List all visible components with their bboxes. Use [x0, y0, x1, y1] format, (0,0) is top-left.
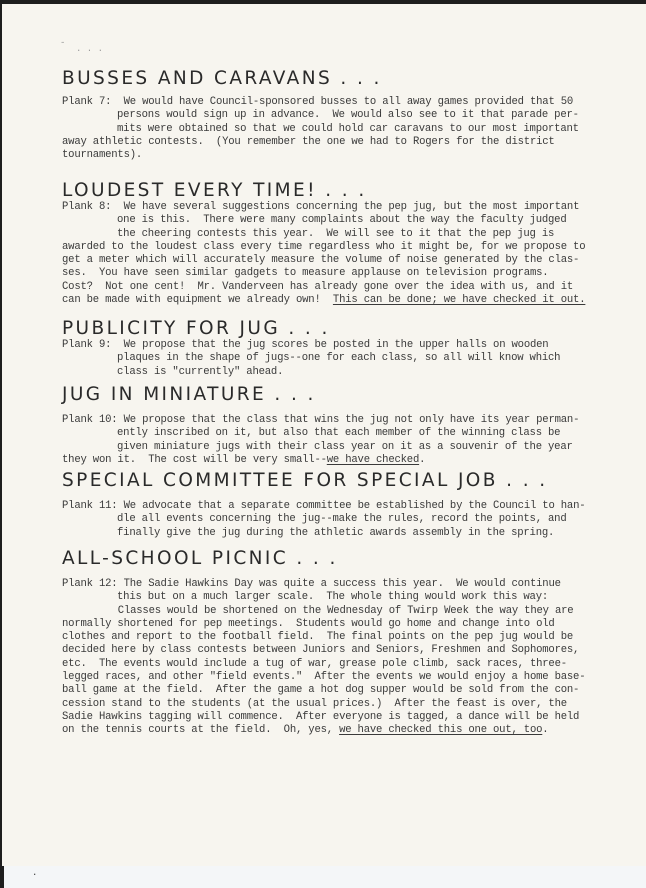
- plank-9-text: Plank 9: We propose that the jug scores …: [62, 339, 622, 379]
- document-page: - · · · BUSSES AND CARAVANS . . . Plank …: [2, 4, 646, 866]
- plank-label: Plank 11:: [62, 500, 117, 512]
- section-busses-and-caravans: BUSSES AND CARAVANS . . . Plank 7: We wo…: [62, 68, 622, 162]
- scanner-bed-background: ·: [4, 866, 646, 888]
- section-heading: BUSSES AND CARAVANS . . .: [62, 68, 622, 90]
- section-special-committee: SPECIAL COMMITTEE FOR SPECIAL JOB . . . …: [62, 470, 622, 540]
- plank-label: Plank 8:: [62, 201, 111, 213]
- section-loudest-every-time: LOUDEST EVERY TIME! . . . Plank 8: We ha…: [62, 180, 622, 307]
- plank-10-text: Plank 10: We propose that the class that…: [62, 414, 622, 467]
- plank-11-text: Plank 11: We advocate that a separate co…: [62, 500, 622, 540]
- underlined-emphasis: This can be done; we have checked it out…: [333, 294, 585, 306]
- plank-label: Plank 10:: [62, 414, 117, 426]
- plank-label: Plank 7:: [62, 96, 111, 108]
- section-heading: PUBLICITY FOR JUG . . .: [62, 318, 622, 340]
- plank-7-text: Plank 7: We would have Council-sponsored…: [62, 96, 622, 162]
- section-all-school-picnic: ALL-SCHOOL PICNIC . . . Plank 12: The Sa…: [62, 548, 622, 738]
- section-heading: SPECIAL COMMITTEE FOR SPECIAL JOB . . .: [62, 470, 622, 492]
- section-jug-in-miniature: JUG IN MINIATURE . . . Plank 10: We prop…: [62, 384, 622, 467]
- section-heading: JUG IN MINIATURE . . .: [62, 384, 622, 406]
- plank-8-text: Plank 8: We have several suggestions con…: [62, 201, 622, 307]
- plank-12-text: Plank 12: The Sadie Hawkins Day was quit…: [62, 578, 622, 738]
- underlined-emphasis: we have checked this one out, too: [339, 724, 542, 736]
- underlined-emphasis: we have checked: [327, 454, 419, 466]
- paper-speck: · · ·: [76, 46, 103, 56]
- paper-speck: -: [60, 38, 65, 48]
- section-publicity-for-jug: PUBLICITY FOR JUG . . . Plank 9: We prop…: [62, 318, 622, 379]
- plank-label: Plank 12:: [62, 578, 117, 590]
- plank-label: Plank 9:: [62, 339, 111, 351]
- section-heading: LOUDEST EVERY TIME! . . .: [62, 180, 622, 202]
- section-heading: ALL-SCHOOL PICNIC . . .: [62, 548, 622, 570]
- paper-speck: ·: [32, 870, 37, 880]
